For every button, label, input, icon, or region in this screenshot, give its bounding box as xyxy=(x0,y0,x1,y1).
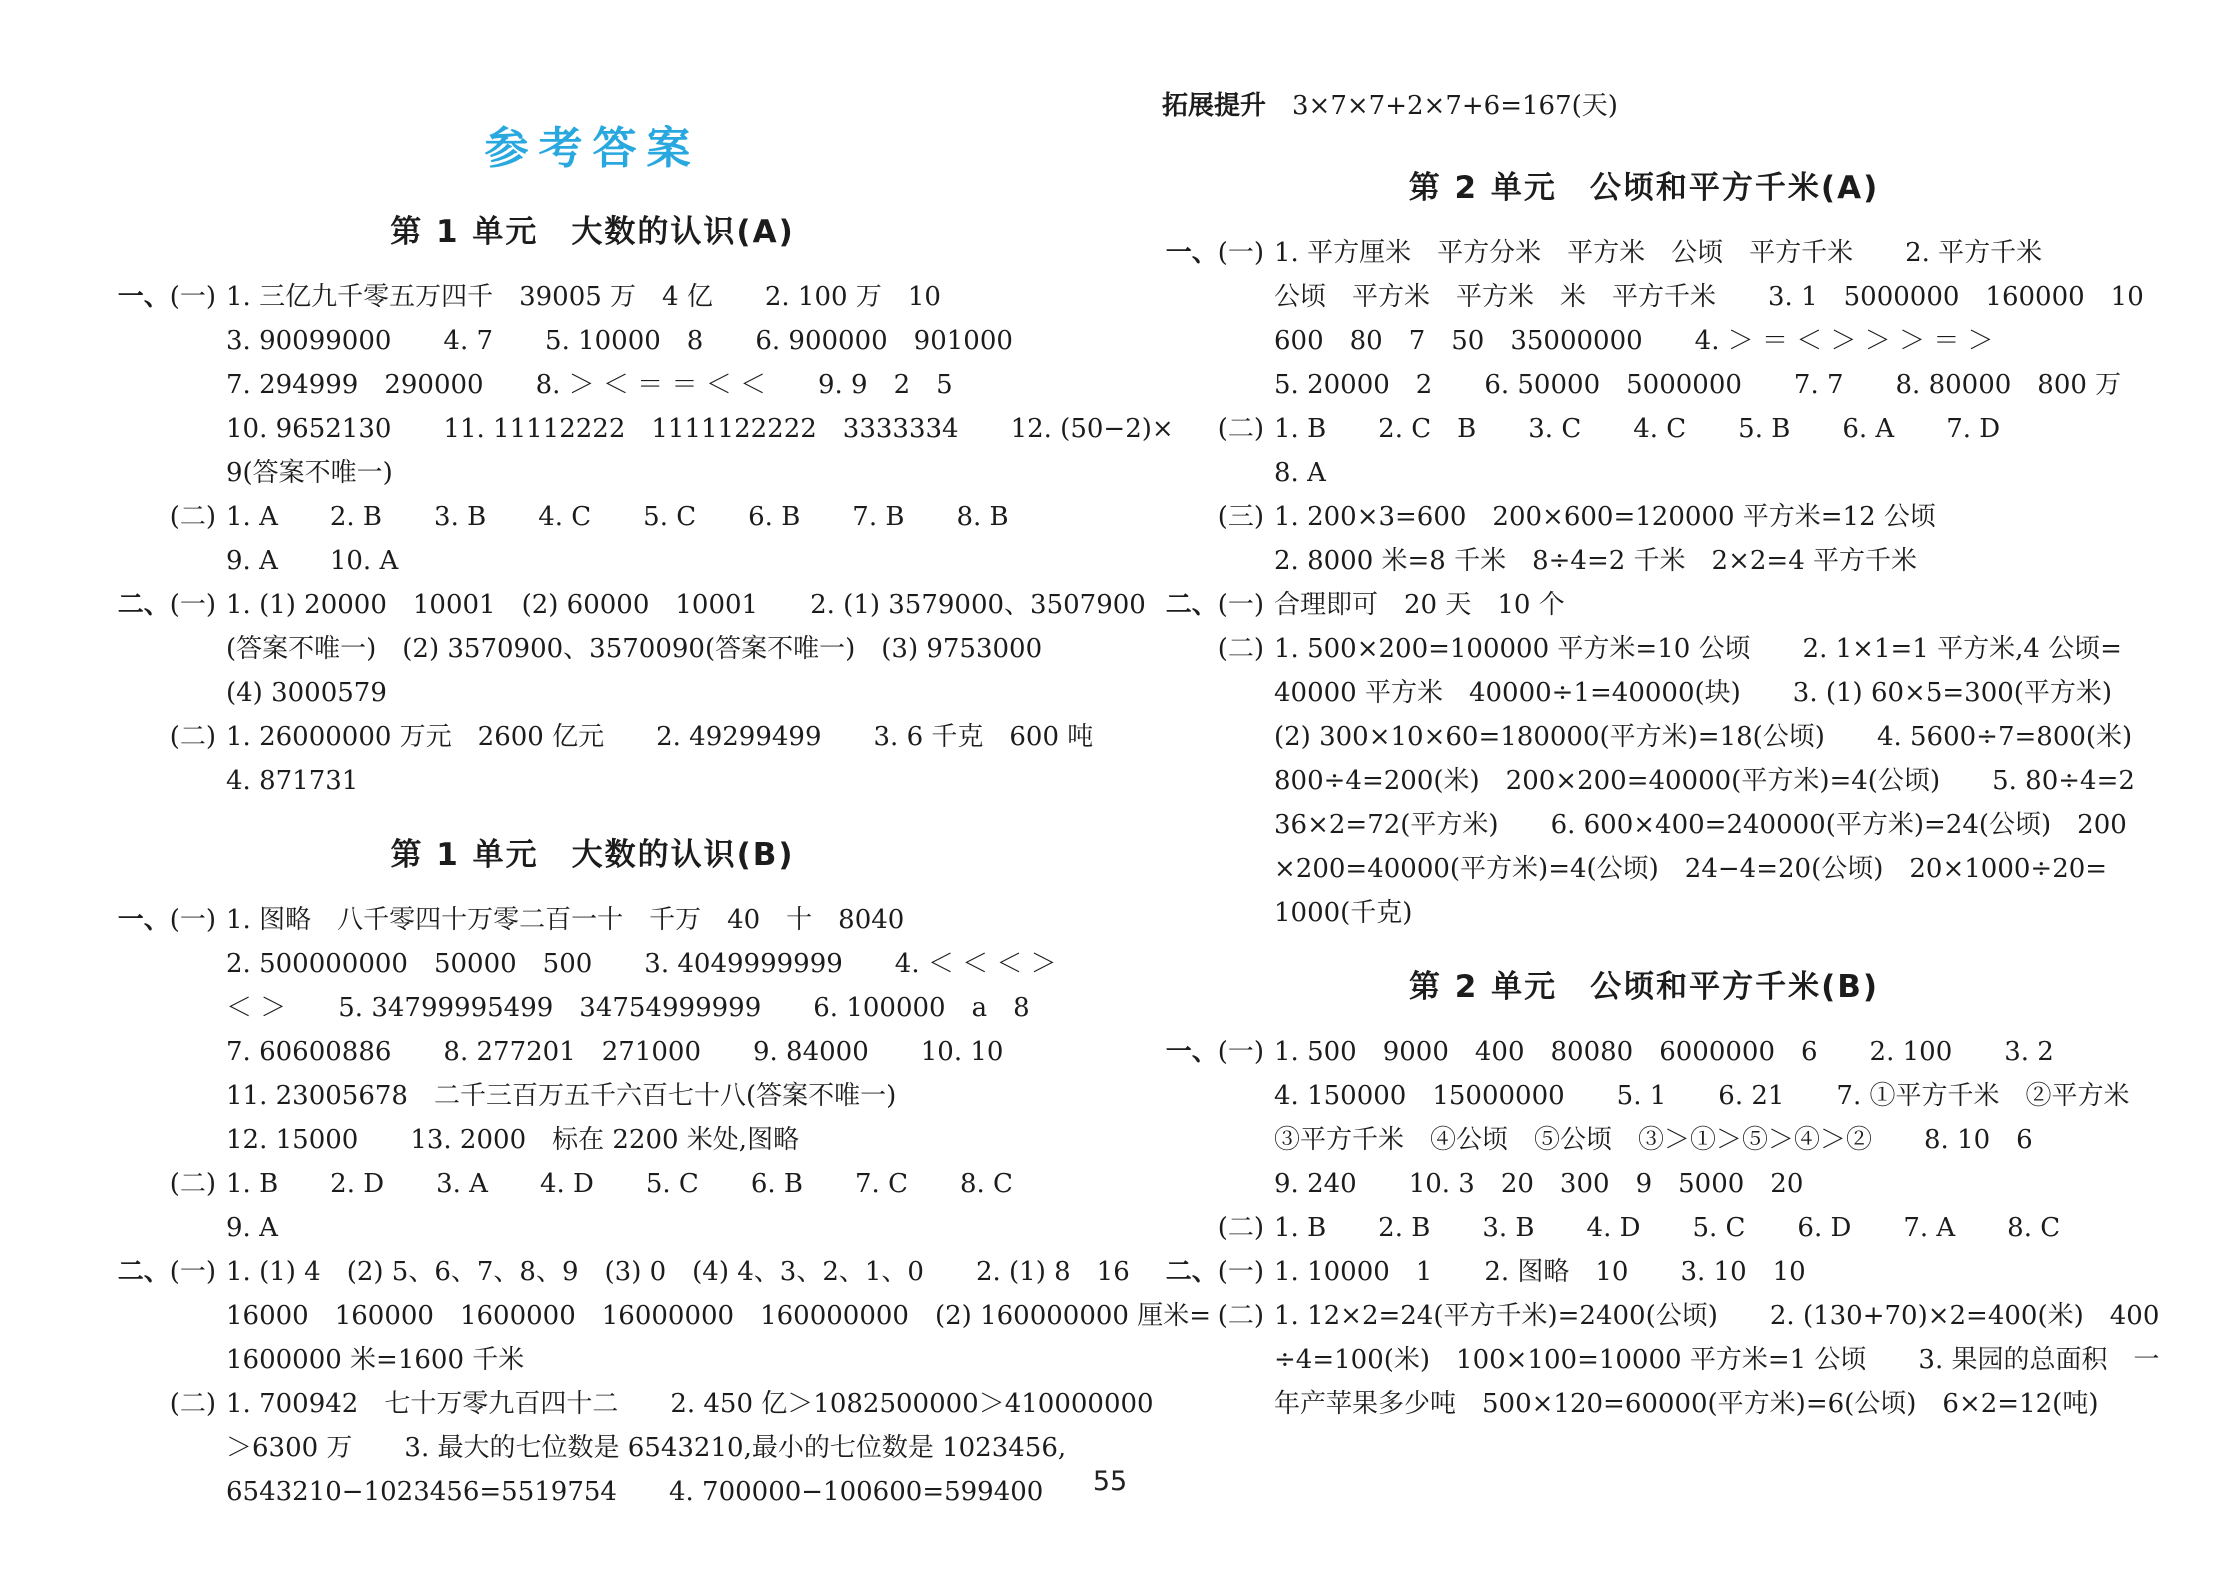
answer-line: ③平方千米 ④公顷 ⑤公顷 ③＞①＞⑤＞④＞② 8. 10 6 xyxy=(1274,1118,2140,1162)
answer-line: 9(答案不唯一) xyxy=(226,451,1085,495)
answer-line: (答案不唯一) (2) 3570900、3570090(答案不唯一) (3) 9… xyxy=(226,627,1085,671)
block-label-sub: (一) xyxy=(170,1257,216,1287)
answer-line: 4. 150000 15000000 5. 1 6. 21 7. ①平方千米 ②… xyxy=(1274,1074,2140,1118)
answer-block: 二、(一)1. (1) 4 (2) 5、6、7、8、9 (3) 0 (4) 4、… xyxy=(100,1250,1085,1382)
block-lines: 1. 12×2=24(平方千米)=2400(公顷) 2. (130+70)×2=… xyxy=(1274,1294,2140,1426)
block-label-sub: (一) xyxy=(1218,1257,1264,1287)
answer-line: 年产苹果多少吨 500×120=60000(平方米)=6(公顷) 6×2=12(… xyxy=(1274,1382,2140,1426)
block-label: (二) xyxy=(1148,1206,1274,1250)
block-label: (二) xyxy=(1148,1294,1274,1426)
block-lines: 1. 200×3=600 200×600=120000 平方米=12 公顷2. … xyxy=(1274,495,2140,583)
block-label: (三) xyxy=(1148,495,1274,583)
answer-line: 5. 20000 2 6. 50000 5000000 7. 7 8. 8000… xyxy=(1274,363,2140,407)
block-lines: 1. B 2. C B 3. C 4. C 5. B 6. A 7. D8. A xyxy=(1274,407,2140,495)
block-label: 二、(一) xyxy=(1148,583,1274,627)
right-column: 拓展提升 3×7×7+2×7+6=167(天) 第 2 单元 公顷和平方千米(A… xyxy=(1148,84,2140,1426)
answer-line: 1. 500×200=100000 平方米=10 公顷 2. 1×1=1 平方米… xyxy=(1274,627,2140,671)
answer-block: 一、(一)1. 图略 八千零四十万零二百一十 千万 40 十 80402. 50… xyxy=(100,898,1085,1162)
answer-line: 1. (1) 4 (2) 5、6、7、8、9 (3) 0 (4) 4、3、2、1… xyxy=(226,1250,1085,1294)
block-label-main: 二、 xyxy=(1166,590,1218,620)
block-label: (二) xyxy=(100,1162,226,1250)
block-label-main: 二、 xyxy=(118,590,170,620)
answer-line: ＞6300 万 3. 最大的七位数是 6543210,最小的七位数是 10234… xyxy=(226,1426,1085,1470)
answer-line: (4) 3000579 xyxy=(226,671,1085,715)
block-lines: 1. B 2. D 3. A 4. D 5. C 6. B 7. C 8. C9… xyxy=(226,1162,1085,1250)
answer-line: 1. B 2. C B 3. C 4. C 5. B 6. A 7. D xyxy=(1274,407,2140,451)
block-label: 一、(一) xyxy=(100,898,226,1162)
block-label: (二) xyxy=(100,495,226,583)
block-label-sub: (二) xyxy=(1218,414,1264,444)
answer-line: 1. B 2. B 3. B 4. D 5. C 6. D 7. A 8. C xyxy=(1274,1206,2140,1250)
answer-block: (二)1. A 2. B 3. B 4. C 5. C 6. B 7. B 8.… xyxy=(100,495,1085,583)
block-label-sub: (二) xyxy=(1218,1213,1264,1243)
answer-block: 一、(一)1. 三亿九千零五万四千 39005 万 4 亿 2. 100 万 1… xyxy=(100,275,1085,495)
answer-line: 8. A xyxy=(1274,451,2140,495)
block-label-sub: (二) xyxy=(1218,634,1264,664)
answer-line: 800÷4=200(米) 200×200=40000(平方米)=4(公顷) 5.… xyxy=(1274,759,2140,803)
answer-line: 3. 90099000 4. 7 5. 10000 8 6. 900000 90… xyxy=(226,319,1085,363)
block-label: 二、(一) xyxy=(100,1250,226,1382)
answer-line: 1. (1) 20000 10001 (2) 60000 10001 2. (1… xyxy=(226,583,1085,627)
block-label-sub: (一) xyxy=(170,905,216,935)
answer-block: 一、(一)1. 平方厘米 平方分米 平方米 公顷 平方千米 2. 平方千米公顷 … xyxy=(1148,231,2140,407)
block-lines: 1. 500 9000 400 80080 6000000 6 2. 100 3… xyxy=(1274,1030,2140,1206)
page-title: 参考答案 xyxy=(100,112,1085,176)
block-lines: 1. (1) 20000 10001 (2) 60000 10001 2. (1… xyxy=(226,583,1085,715)
answer-line: ×200=40000(平方米)=4(公顷) 24−4=20(公顷) 20×100… xyxy=(1274,847,2140,891)
answer-line: 7. 294999 290000 8. ＞ ＜ ＝ ＝ ＜ ＜ 9. 9 2 5 xyxy=(226,363,1085,407)
answer-line: (2) 300×10×60=180000(平方米)=18(公顷) 4. 5600… xyxy=(1274,715,2140,759)
answer-line: 11. 23005678 二千三百万五千六百七十八(答案不唯一) xyxy=(226,1074,1085,1118)
answer-line: 2. 500000000 50000 500 3. 4049999999 4. … xyxy=(226,942,1085,986)
answer-key-page: 参考答案 第 1 单元 大数的认识(A)一、(一)1. 三亿九千零五万四千 39… xyxy=(0,0,2220,1571)
answer-line: 1. 三亿九千零五万四千 39005 万 4 亿 2. 100 万 10 xyxy=(226,275,1085,319)
answer-block: 二、(一)1. (1) 20000 10001 (2) 60000 10001 … xyxy=(100,583,1085,715)
answer-line: 10. 9652130 11. 11112222 1111122222 3333… xyxy=(226,407,1085,451)
block-label: 一、(一) xyxy=(100,275,226,495)
answer-line: 1000(千克) xyxy=(1274,891,2140,935)
answer-line: 1. 200×3=600 200×600=120000 平方米=12 公顷 xyxy=(1274,495,2140,539)
answer-block: 一、(一)1. 500 9000 400 80080 6000000 6 2. … xyxy=(1148,1030,2140,1206)
expansion-tip-block: 拓展提升 3×7×7+2×7+6=167(天) xyxy=(1162,84,2140,128)
answer-block: (三)1. 200×3=600 200×600=120000 平方米=12 公顷… xyxy=(1148,495,2140,583)
answer-line: 36×2=72(平方米) 6. 600×400=240000(平方米)=24(公… xyxy=(1274,803,2140,847)
answer-line: 1. 500 9000 400 80080 6000000 6 2. 100 3… xyxy=(1274,1030,2140,1074)
block-lines: 1. (1) 4 (2) 5、6、7、8、9 (3) 0 (4) 4、3、2、1… xyxy=(226,1250,1085,1382)
answer-line: 1. 图略 八千零四十万零二百一十 千万 40 十 8040 xyxy=(226,898,1085,942)
answer-line: 1. 12×2=24(平方千米)=2400(公顷) 2. (130+70)×2=… xyxy=(1274,1294,2140,1338)
block-label-sub: (一) xyxy=(1218,238,1264,268)
block-label-sub: (二) xyxy=(170,502,216,532)
block-label-sub: (一) xyxy=(170,282,216,312)
block-label-sub: (三) xyxy=(1218,502,1264,532)
answer-line: 7. 60600886 8. 277201 271000 9. 84000 10… xyxy=(226,1030,1085,1074)
block-label-sub: (一) xyxy=(1218,1037,1264,1067)
left-sections: 第 1 单元 大数的认识(A)一、(一)1. 三亿九千零五万四千 39005 万… xyxy=(100,206,1085,1514)
answer-block: (二)1. B 2. D 3. A 4. D 5. C 6. B 7. C 8.… xyxy=(100,1162,1085,1250)
expansion-tip-answer: 3×7×7+2×7+6=167(天) xyxy=(1292,84,1618,128)
block-label-sub: (二) xyxy=(170,1169,216,1199)
block-label: 一、(一) xyxy=(1148,231,1274,407)
block-label-main: 二、 xyxy=(118,1257,170,1287)
block-lines: 1. 500×200=100000 平方米=10 公顷 2. 1×1=1 平方米… xyxy=(1274,627,2140,935)
block-label-sub: (一) xyxy=(1218,590,1264,620)
answer-line: 40000 平方米 40000÷1=40000(块) 3. (1) 60×5=3… xyxy=(1274,671,2140,715)
block-label: 二、(一) xyxy=(1148,1250,1274,1294)
block-label-main: 一、 xyxy=(1166,1037,1218,1067)
answer-line: 4. 871731 xyxy=(226,759,1085,803)
block-label-main: 一、 xyxy=(118,905,170,935)
answer-block: (二)1. 500×200=100000 平方米=10 公顷 2. 1×1=1 … xyxy=(1148,627,2140,935)
section-heading: 第 1 单元 大数的认识(B) xyxy=(100,829,1085,874)
block-label: (二) xyxy=(1148,627,1274,935)
answer-block: 二、(一)合理即可 20 天 10 个 xyxy=(1148,583,2140,627)
page-footer: 55 xyxy=(0,1466,2220,1497)
answer-line: 600 80 7 50 35000000 4. ＞ ＝ ＜ ＞ ＞ ＞ ＝ ＞ xyxy=(1274,319,2140,363)
block-lines: 1. B 2. B 3. B 4. D 5. C 6. D 7. A 8. C xyxy=(1274,1206,2140,1250)
right-sections: 第 2 单元 公顷和平方千米(A)一、(一)1. 平方厘米 平方分米 平方米 公… xyxy=(1148,162,2140,1426)
block-label-sub: (一) xyxy=(170,590,216,620)
block-lines: 1. 10000 1 2. 图略 10 3. 10 10 xyxy=(1274,1250,2140,1294)
answer-line: 1. A 2. B 3. B 4. C 5. C 6. B 7. B 8. B xyxy=(226,495,1085,539)
block-label: (二) xyxy=(1148,407,1274,495)
answer-line: 9. A 10. A xyxy=(226,539,1085,583)
answer-line: 12. 15000 13. 2000 标在 2200 米处,图略 xyxy=(226,1118,1085,1162)
answer-line: 1. 平方厘米 平方分米 平方米 公顷 平方千米 2. 平方千米 xyxy=(1274,231,2140,275)
block-label-main: 一、 xyxy=(1166,238,1218,268)
answer-line: 2. 8000 米=8 千米 8÷4=2 千米 2×2=4 平方千米 xyxy=(1274,539,2140,583)
answer-block: (二)1. B 2. C B 3. C 4. C 5. B 6. A 7. D8… xyxy=(1148,407,2140,495)
section-heading: 第 2 单元 公顷和平方千米(B) xyxy=(1148,961,2140,1006)
answer-line: 合理即可 20 天 10 个 xyxy=(1274,583,2140,627)
answer-line: 9. A xyxy=(226,1206,1085,1250)
block-lines: 1. 26000000 万元 2600 亿元 2. 49299499 3. 6 … xyxy=(226,715,1085,803)
block-label: 二、(一) xyxy=(100,583,226,715)
answer-line: ＜ ＞ 5. 34799995499 34754999999 6. 100000… xyxy=(226,986,1085,1030)
block-label-main: 二、 xyxy=(1166,1257,1218,1287)
answer-block: (二)1. B 2. B 3. B 4. D 5. C 6. D 7. A 8.… xyxy=(1148,1206,2140,1250)
block-label-main: 一、 xyxy=(118,282,170,312)
section-heading: 第 1 单元 大数的认识(A) xyxy=(100,206,1085,251)
answer-line: 公顷 平方米 平方米 米 平方千米 3. 1 5000000 160000 10 xyxy=(1274,275,2140,319)
answer-block: 二、(一)1. 10000 1 2. 图略 10 3. 10 10 xyxy=(1148,1250,2140,1294)
answer-block: (二)1. 26000000 万元 2600 亿元 2. 49299499 3.… xyxy=(100,715,1085,803)
answer-line: ÷4=100(米) 100×100=10000 平方米=1 公顷 3. 果园的总… xyxy=(1274,1338,2140,1382)
block-label-sub: (二) xyxy=(170,722,216,752)
block-lines: 1. 平方厘米 平方分米 平方米 公顷 平方千米 2. 平方千米公顷 平方米 平… xyxy=(1274,231,2140,407)
block-lines: 1. 三亿九千零五万四千 39005 万 4 亿 2. 100 万 103. 9… xyxy=(226,275,1085,495)
block-lines: 1. A 2. B 3. B 4. C 5. C 6. B 7. B 8. B9… xyxy=(226,495,1085,583)
answer-line: 1. 10000 1 2. 图略 10 3. 10 10 xyxy=(1274,1250,2140,1294)
answer-line: 1. B 2. D 3. A 4. D 5. C 6. B 7. C 8. C xyxy=(226,1162,1085,1206)
answer-line: 16000 160000 1600000 16000000 160000000 … xyxy=(226,1294,1085,1338)
block-label-sub: (二) xyxy=(170,1389,216,1419)
page-number: 55 xyxy=(1093,1466,1127,1497)
block-label-sub: (二) xyxy=(1218,1301,1264,1331)
block-lines: 1. 图略 八千零四十万零二百一十 千万 40 十 80402. 5000000… xyxy=(226,898,1085,1162)
left-column: 参考答案 第 1 单元 大数的认识(A)一、(一)1. 三亿九千零五万四千 39… xyxy=(100,112,1085,1514)
block-lines: 合理即可 20 天 10 个 xyxy=(1274,583,2140,627)
answer-line: 1600000 米=1600 千米 xyxy=(226,1338,1085,1382)
answer-block: (二)1. 12×2=24(平方千米)=2400(公顷) 2. (130+70)… xyxy=(1148,1294,2140,1426)
answer-line: 9. 240 10. 3 20 300 9 5000 20 xyxy=(1274,1162,2140,1206)
block-label: 一、(一) xyxy=(1148,1030,1274,1206)
section-heading: 第 2 单元 公顷和平方千米(A) xyxy=(1148,162,2140,207)
block-label: (二) xyxy=(100,715,226,803)
answer-line: 1. 26000000 万元 2600 亿元 2. 49299499 3. 6 … xyxy=(226,715,1085,759)
expansion-tip-label: 拓展提升 xyxy=(1162,84,1266,128)
answer-line: 1. 700942 七十万零九百四十二 2. 450 亿＞1082500000＞… xyxy=(226,1382,1085,1426)
